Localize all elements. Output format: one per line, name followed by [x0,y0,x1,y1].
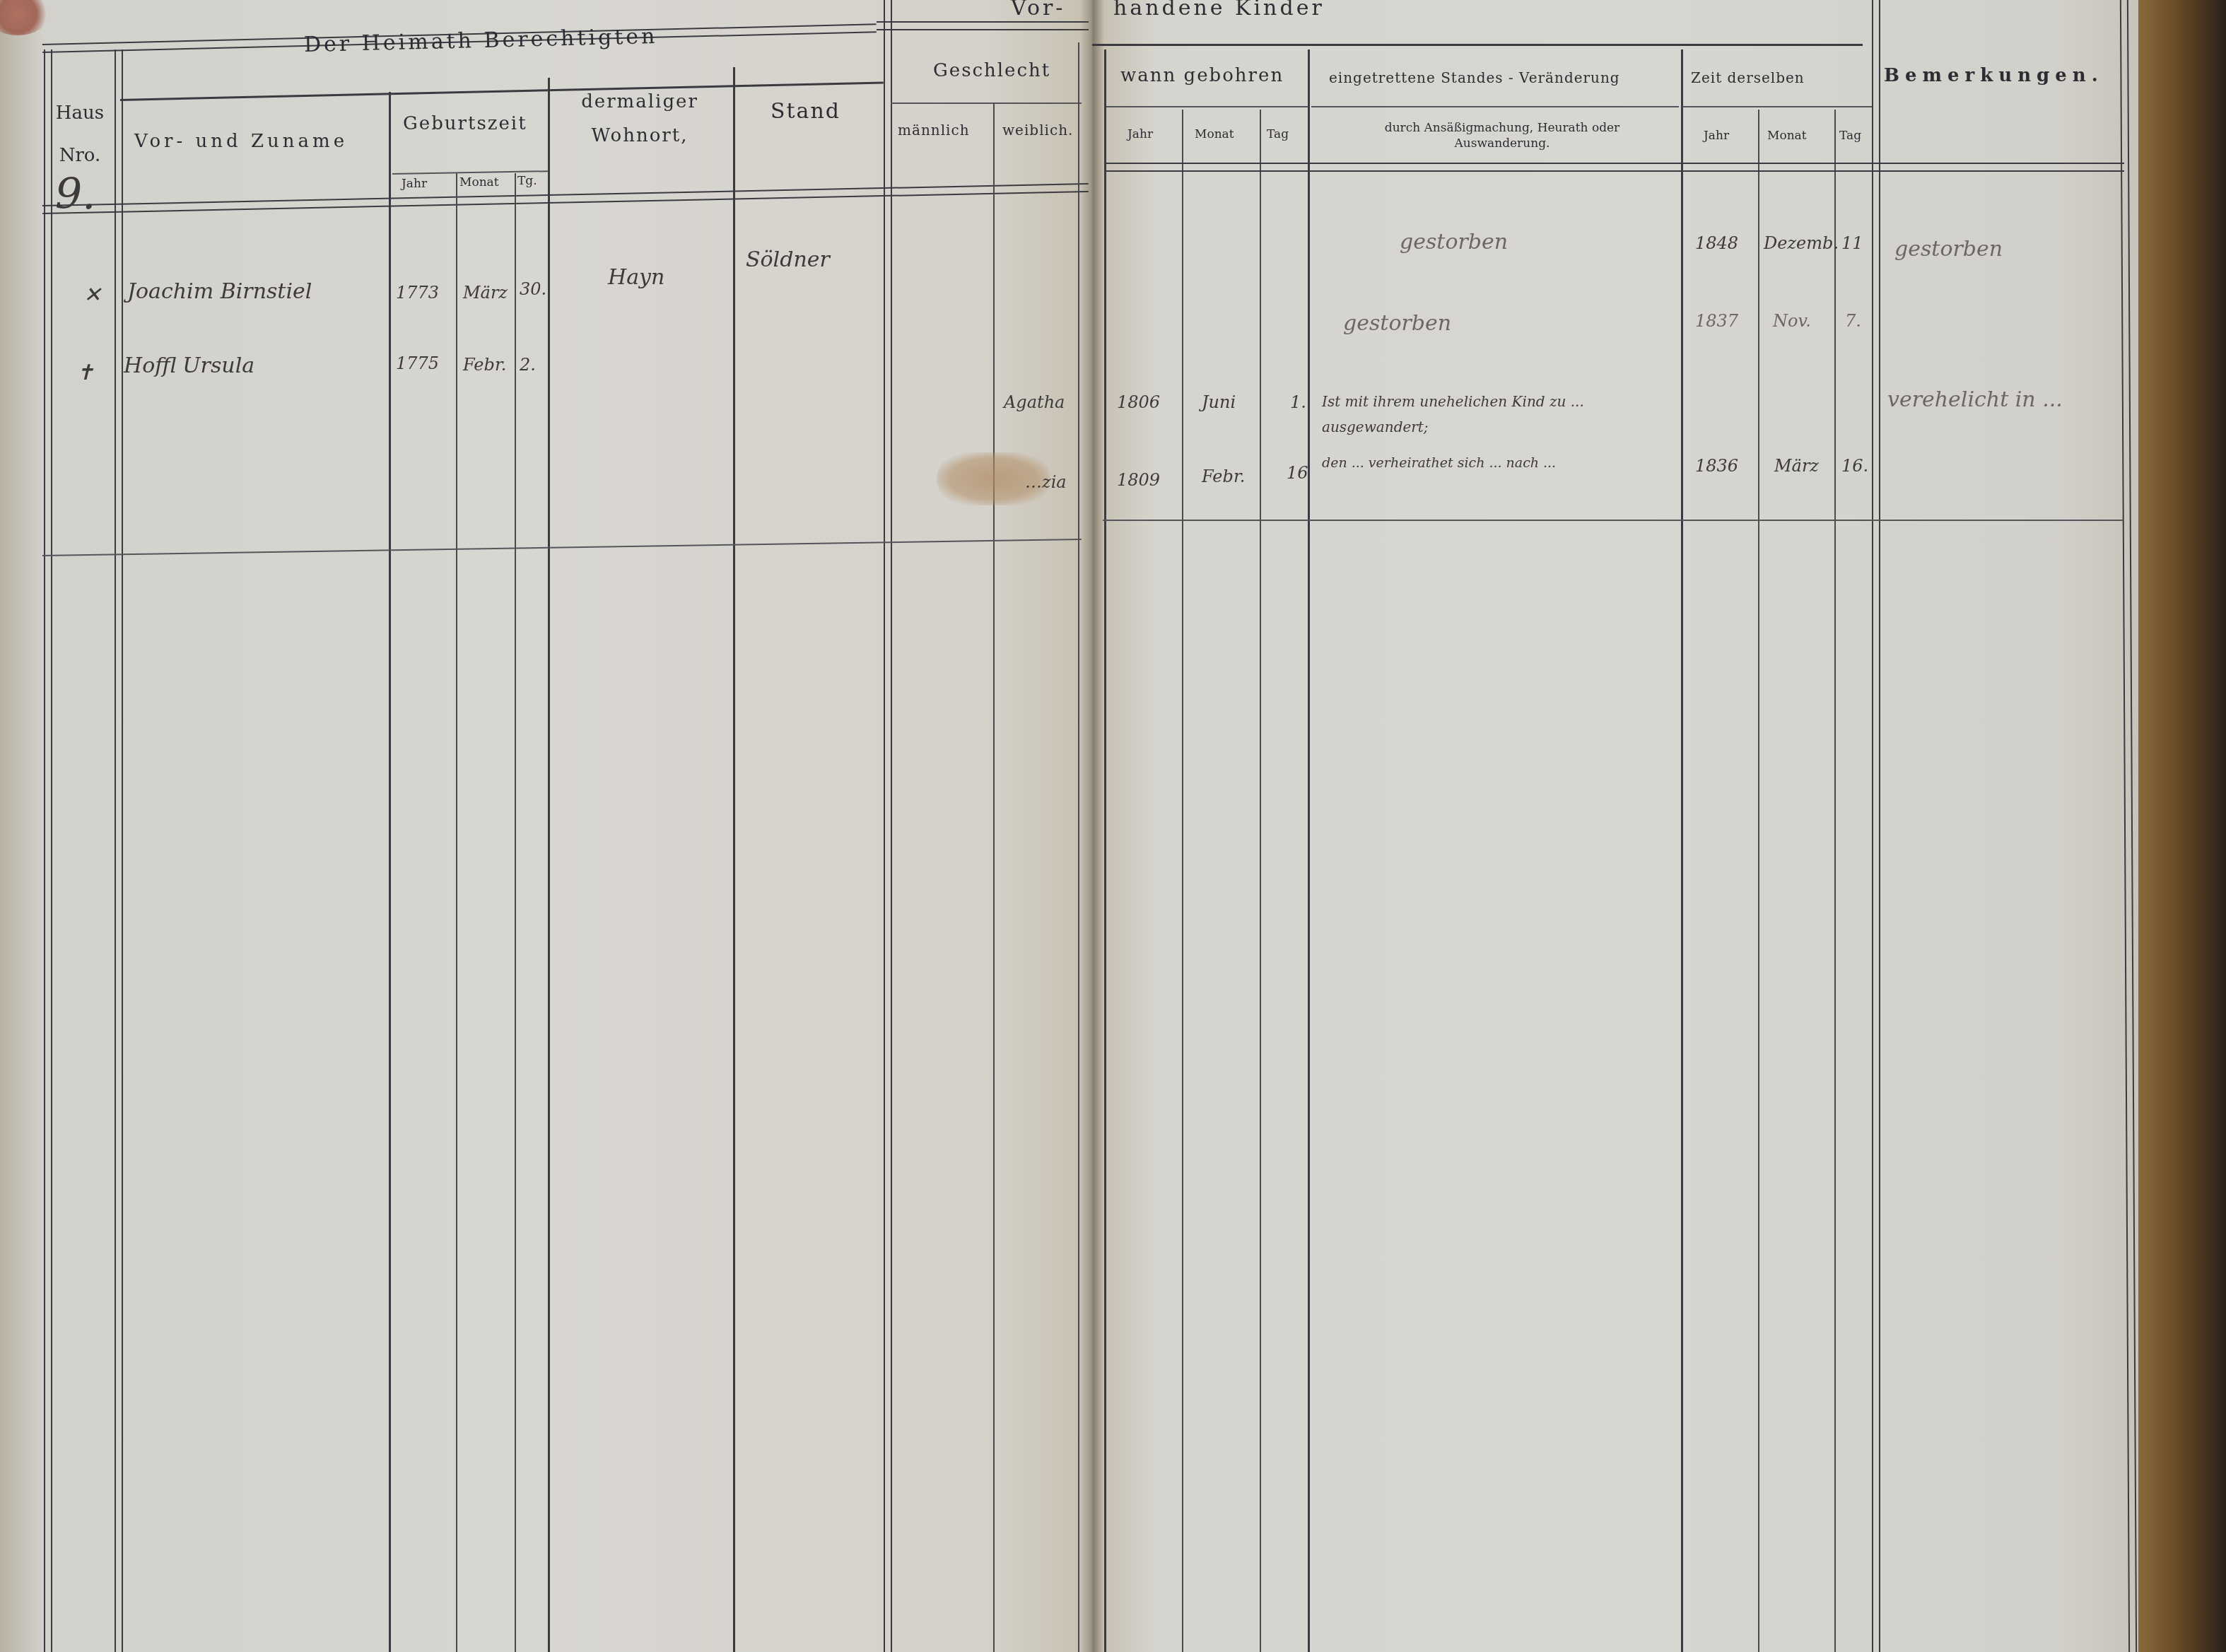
row-4-change: den ... verheirathet sich ... nach ... [1322,452,1675,474]
entry-1-stand: Söldner [746,247,830,272]
stand-divider [884,0,892,1652]
entry-1-month: März [463,283,508,303]
change-divider [1681,49,1683,1652]
row-4-month: März [1774,456,1819,476]
born-jahr-divider [1182,110,1183,1652]
left-frame [44,49,52,1652]
row-2-day: 7. [1845,311,1861,331]
entry-1-mark: ✕ [83,283,101,307]
col-remarks: Bemerkungen. [1884,65,2104,86]
row-1-day: 11 [1841,233,1863,253]
col-born-monat: Monat [1195,127,1234,141]
entry-1-year: 1773 [396,283,439,303]
top-border-left-2 [877,21,1089,30]
born-underline [1106,106,1308,107]
entry-2-month: Febr. [463,355,506,375]
entry-2-year: 1775 [396,353,439,373]
row-1-month: Dezemb. [1764,233,1839,253]
col-haus-nro: Haus Nro. [48,92,112,177]
jahr-monat-divider [456,173,457,1652]
section-title-right: handene Kinder [1113,0,1325,20]
col-time-tag: Tag [1839,129,1861,143]
col-change: eingetrettene Standes - Veränderung [1329,69,1620,86]
row-4-born-day: 16 [1287,463,1308,483]
entry-2-mark: ✝ [76,361,94,385]
entry-2-name: Hoffl Ursula [124,353,254,378]
row-2-month: Nov. [1773,311,1811,331]
row-1-remark: gestorben [1894,237,2003,262]
col-geburt-jahr: Jahr [402,177,427,191]
time-underline [1682,106,1873,107]
row-4-day: 16. [1841,456,1868,476]
col-geschlecht: Geschlecht [933,60,1050,81]
col-wohnort: dermaliger Wohnort, [566,85,714,153]
col-stand: Stand [771,99,840,124]
child-2-name: …zia [1025,472,1067,492]
col-maennlich: männlich [898,122,970,139]
col-geburt-tag: Tg. [517,174,537,188]
right-frame-left [1104,49,1106,1652]
row-3-born-day: 1. [1290,392,1306,412]
col-time-monat: Monat [1767,129,1807,143]
row-3-remark: verehelicht in ... [1887,387,2063,412]
row-3-born-year: 1806 [1117,392,1160,412]
time-jahr-divider [1758,110,1759,1652]
entry-1-name: Joachim Birnstiel [127,279,312,304]
col-time: Zeit derselben [1691,69,1805,86]
entry-2-day: 2. [520,355,536,375]
born-monat-divider [1260,110,1261,1652]
entry-1-day: 30. [520,279,546,299]
col-born: wann gebohren [1120,65,1284,86]
col-time-jahr: Jahr [1704,129,1729,143]
row-3-change: Ist mit ihrem unehelichen Kind zu ... au… [1322,389,1675,440]
row-1-year: 1848 [1695,233,1738,253]
header-bottom-right [1106,163,2124,172]
haus-divider [115,49,123,1652]
geburtszeit-divider [548,78,550,1652]
row-2-year: 1837 [1695,311,1738,331]
top-border-right [1092,44,1863,46]
col-born-jahr: Jahr [1127,127,1153,141]
left-page [0,0,1092,1652]
row-4-born-month: Febr. [1202,467,1245,486]
col-born-tag: Tag [1267,127,1289,141]
section-title-vor: Vor- [1011,0,1065,20]
sex-divider [993,102,995,1652]
left-page-right-frame [1078,42,1079,1652]
wohnort-divider [733,67,735,1652]
book-gutter [1080,0,1104,1652]
monat-tag-divider [515,173,516,1652]
row-4-born-year: 1809 [1117,470,1160,490]
col-name: Vor- und Zuname [134,131,348,152]
col-geburt-monat: Monat [459,175,499,189]
child-1-name: Agatha [1004,392,1065,412]
book-cover-edge [2138,0,2226,1652]
name-divider [389,92,391,1652]
row-2-change: gestorben [1343,311,1451,336]
time-monat-divider [1834,110,1836,1652]
row-3-born-month: Juni [1202,392,1236,412]
col-weiblich: weiblich. [1002,122,1073,139]
row-4-year: 1836 [1695,456,1738,476]
row-separator-right [1103,520,2124,521]
geschlecht-underline [891,102,1082,104]
col-geburtszeit: Geburtszeit [403,113,527,134]
house-number: 9. [55,170,95,219]
change-underline [1311,106,1679,107]
entry-1-wohnort: Hayn [608,265,664,290]
row-1-change: gestorben [1400,230,1508,254]
remarks-divider [1872,0,1880,1652]
col-change-sub: durch Ansäßigmachung, Heurath oder Auswa… [1336,120,1668,151]
born-divider [1308,49,1310,1652]
